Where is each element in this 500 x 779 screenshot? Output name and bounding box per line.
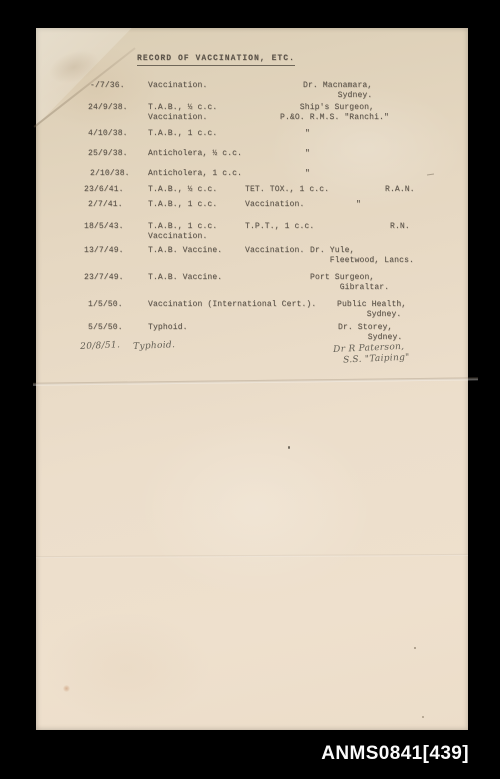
record-cell: Vaccination. bbox=[245, 246, 304, 256]
record-cell: T.A.B. Vaccine. bbox=[148, 246, 222, 256]
record-cell: R.N. bbox=[390, 222, 410, 232]
document-page: RECORD OF VACCINATION, ETC. -/7/36.Vacci… bbox=[36, 28, 468, 730]
record-cell: " bbox=[305, 149, 310, 159]
record-cell: " bbox=[356, 200, 361, 210]
record-cell: T.A.B., 1 c.c. bbox=[148, 129, 217, 139]
record-cell: Dr. Yule, Fleetwood, Lancs. bbox=[310, 246, 414, 265]
paper-stain bbox=[63, 685, 70, 692]
record-cell: T.P.T., 1 c.c. bbox=[245, 222, 314, 232]
record-cell: Ship's Surgeon, P.&O. R.M.S. "Ranchi." bbox=[280, 103, 389, 122]
record-date: 23/6/41. bbox=[84, 185, 124, 195]
record-cell: T.A.B. Vaccine. bbox=[148, 273, 222, 283]
horizontal-fold-crease bbox=[33, 377, 478, 385]
record-cell: Public Health, Sydney. bbox=[337, 300, 406, 319]
record-cell: Dr. Macnamara, Sydney. bbox=[303, 81, 372, 100]
record-date: 25/9/38. bbox=[88, 149, 128, 159]
record-date: -/7/36. bbox=[90, 81, 125, 91]
record-date: 23/7/49. bbox=[84, 273, 124, 283]
record-date: 18/5/43. bbox=[84, 222, 124, 232]
record-cell: Dr R Paterson, S.S. "Taiping" bbox=[333, 342, 410, 366]
record-cell: " bbox=[305, 129, 310, 139]
record-date: 5/5/50. bbox=[88, 323, 123, 333]
record-cell: Dr. Storey, Sydney. bbox=[338, 323, 402, 342]
catalog-caption: ANMS0841[439] bbox=[321, 743, 469, 765]
record-cell: Port Surgeon, Gibraltar. bbox=[310, 273, 389, 292]
record-date: 24/9/38. bbox=[88, 103, 128, 113]
record-date: 1/5/50. bbox=[88, 300, 123, 310]
record-date: 2/7/41. bbox=[88, 200, 123, 210]
record-cell: R.A.N. bbox=[385, 185, 415, 195]
record-cell: Vaccination. bbox=[245, 200, 304, 210]
record-cell: T.A.B., ½ c.c. Vaccination. bbox=[148, 103, 217, 122]
paper-speck bbox=[288, 446, 290, 449]
record-cell: Typhoid. bbox=[133, 340, 175, 352]
record-cell: Vaccination. bbox=[148, 81, 207, 91]
record-cell: Anticholera, ½ c.c. bbox=[148, 149, 242, 159]
record-cell: " bbox=[305, 169, 310, 179]
pencil-mark bbox=[427, 174, 434, 176]
page-title: RECORD OF VACCINATION, ETC. bbox=[137, 54, 295, 66]
record-date: 4/10/38. bbox=[88, 129, 128, 139]
record-cell: T.A.B., 1 c.c. Vaccination. bbox=[148, 222, 217, 241]
corner-fold-highlight bbox=[36, 28, 140, 128]
record-date: 2/10/38. bbox=[90, 169, 130, 179]
record-cell: Vaccination (International Cert.). bbox=[148, 300, 316, 310]
record-cell: T.A.B., 1 c.c. bbox=[148, 200, 217, 210]
record-cell: Anticholera, 1 c.c. bbox=[148, 169, 242, 179]
record-cell: T.A.B., ½ c.c. bbox=[148, 185, 217, 195]
paper-speck bbox=[422, 716, 424, 718]
record-cell: TET. TOX., 1 c.c. bbox=[245, 185, 329, 195]
record-cell: Typhoid. bbox=[148, 323, 188, 333]
record-date: 13/7/49. bbox=[84, 246, 124, 256]
paper-speck bbox=[414, 647, 416, 649]
faint-fold-crease bbox=[36, 554, 468, 558]
record-date: 20/8/51. bbox=[80, 340, 120, 352]
